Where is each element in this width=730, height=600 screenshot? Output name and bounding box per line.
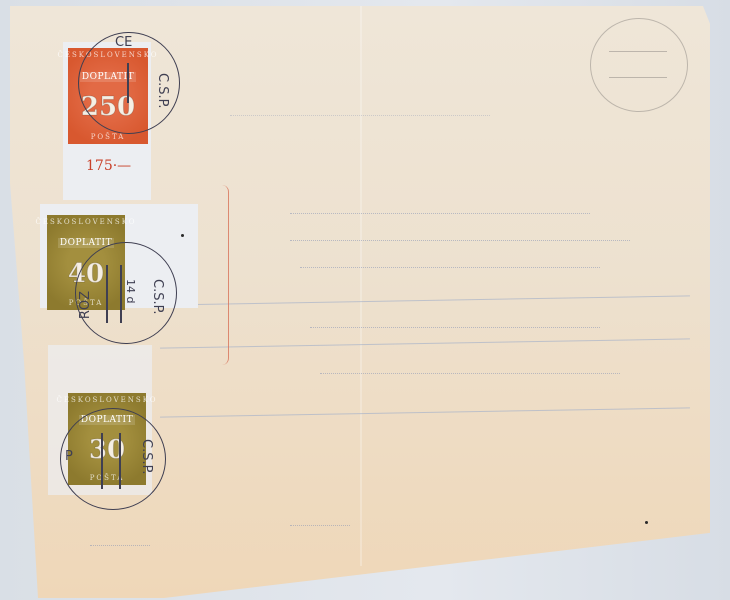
ink-dot bbox=[645, 521, 648, 524]
handwriting bbox=[290, 520, 350, 526]
postmark: CE C.S.P. bbox=[78, 32, 180, 134]
red-margin-line bbox=[222, 185, 229, 365]
handwriting bbox=[290, 235, 630, 241]
faint-postmark bbox=[590, 18, 688, 112]
selvage-number: 175·— bbox=[86, 158, 131, 174]
handwriting bbox=[300, 262, 600, 268]
handwriting bbox=[290, 208, 590, 214]
paper-fold bbox=[360, 6, 362, 566]
ink-dot bbox=[181, 234, 184, 237]
handwriting bbox=[310, 322, 600, 328]
handwriting bbox=[320, 368, 620, 374]
handwriting bbox=[90, 540, 150, 546]
postmark: P C.S.P. bbox=[60, 408, 166, 510]
handwriting bbox=[230, 110, 490, 116]
postmark: ROZ 14 d C.S.P. bbox=[75, 242, 177, 344]
stamp-posta-text: POŠTA bbox=[91, 133, 126, 141]
